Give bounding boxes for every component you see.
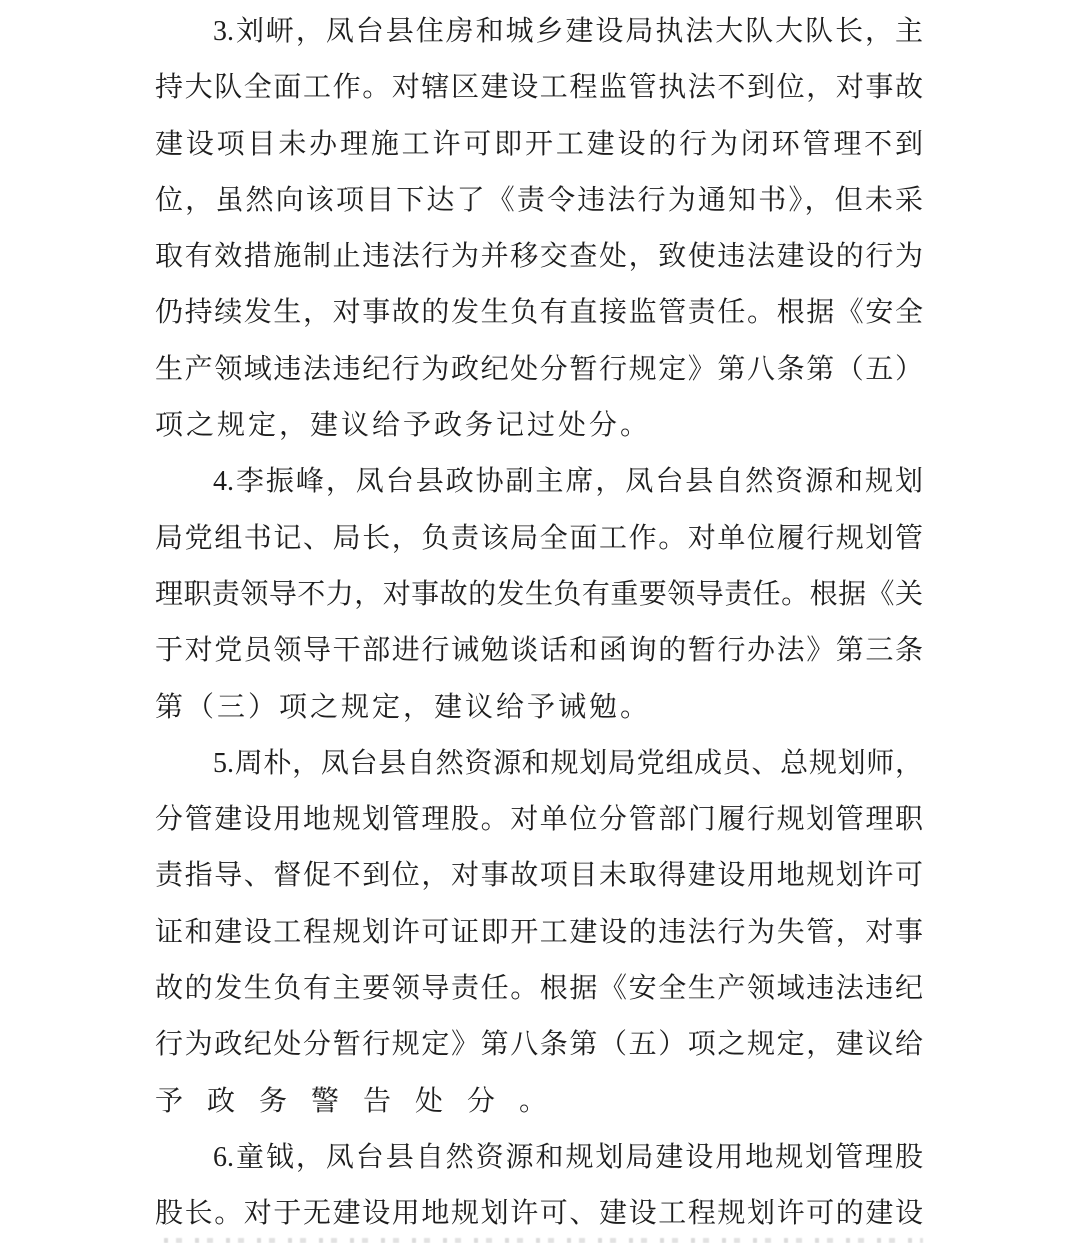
text-line: 分管建设用地规划管理股。对单位分管部门履行规划管理职 bbox=[155, 792, 923, 848]
text-line: 项之规定，建议给予政务记过处分。 bbox=[155, 398, 923, 454]
text-line: 4.李振峰，凤台县政协副主席，凤台县自然资源和规划 bbox=[155, 454, 923, 510]
text-line: 股长。对于无建设用地规划许可、建设工程规划许可的建设 bbox=[155, 1186, 923, 1242]
text-line: 建设项目未办理施工许可即开工建设的行为闭环管理不到 bbox=[155, 117, 923, 173]
text-line: 第（三）项之规定，建议给予诫勉。 bbox=[155, 680, 923, 736]
text-line: 5.周朴，凤台县自然资源和规划局党组成员、总规划师， bbox=[155, 736, 923, 792]
text-line: 责指导、督促不到位，对事故项目未取得建设用地规划许可 bbox=[155, 848, 923, 904]
text-line: 取有效措施制止违法行为并移交查处，致使违法建设的行为 bbox=[155, 229, 923, 285]
text-line: 6.童钺，凤台县自然资源和规划局建设用地规划管理股 bbox=[155, 1130, 923, 1186]
text-line: 位，虽然向该项目下达了《责令违法行为通知书》，但未采 bbox=[155, 173, 923, 229]
text-line: 生产领域违法违纪行为政纪处分暂行规定》第八条第（五） bbox=[155, 342, 923, 398]
text-line: 证和建设工程规划许可证即开工建设的违法行为失管，对事 bbox=[155, 905, 923, 961]
clipped-next-line-hint bbox=[155, 1238, 923, 1243]
text-line: 理职责领导不力，对事故的发生负有重要领导责任。根据《关 bbox=[155, 567, 923, 623]
text-line: 3.刘岍，凤台县住房和城乡建设局执法大队大队长，主 bbox=[155, 4, 923, 60]
text-line: 行为政纪处分暂行规定》第八条第（五）项之规定，建议给 bbox=[155, 1017, 923, 1073]
text-line: 故的发生负有主要领导责任。根据《安全生产领域违法违纪 bbox=[155, 961, 923, 1017]
document-page: 3.刘岍，凤台县住房和城乡建设局执法大队大队长，主持大队全面工作。对辖区建设工程… bbox=[0, 0, 1080, 1243]
text-block: 3.刘岍，凤台县住房和城乡建设局执法大队大队长，主持大队全面工作。对辖区建设工程… bbox=[155, 4, 923, 1243]
text-line: 予政务警告处分。 bbox=[155, 1074, 923, 1130]
text-line: 局党组书记、局长，负责该局全面工作。对单位履行规划管 bbox=[155, 511, 923, 567]
text-line: 持大队全面工作。对辖区建设工程监管执法不到位，对事故 bbox=[155, 60, 923, 116]
text-line: 于对党员领导干部进行诫勉谈话和函询的暂行办法》第三条 bbox=[155, 623, 923, 679]
text-line: 仍持续发生，对事故的发生负有直接监管责任。根据《安全 bbox=[155, 285, 923, 341]
